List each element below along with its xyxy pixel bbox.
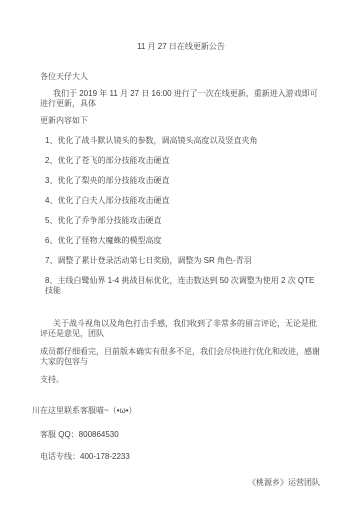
contact-phone-line: 电话专线：400-178-2233 xyxy=(40,452,322,462)
closing-paragraph-line-2: 成员都仔细看完，目前版本确实有很多不足，我们会尽快进行优化和改进，感谢大家的包容… xyxy=(40,347,322,367)
update-item: 7、调整了累计登录活动第七日奖励，调整为 SR 角色-青羽 xyxy=(45,256,322,266)
announcement-page: 11 月 27 日在线更新公告 各位天仔大人 我们于 2019 年 11 月 2… xyxy=(0,0,360,509)
greeting-line: 各位天仔大人 xyxy=(40,72,322,82)
closing-paragraph-line-3: 支持。 xyxy=(40,375,322,385)
page-title: 11 月 27 日在线更新公告 xyxy=(40,42,322,52)
intro-paragraph-line-2: 更新内容如下 xyxy=(40,116,322,126)
update-item: 5、优化了乔争部分技能攻击硬直 xyxy=(45,216,322,226)
contact-hint-line: 川在这里联系客服喵~（•ω•） xyxy=(32,406,322,416)
signature-line: 《桃源乡》运营团队 xyxy=(40,478,322,488)
contact-qq-line: 客服 QQ：800864530 xyxy=(40,430,322,440)
update-item: 8、主线白鹭仙界 1-4 挑战目标优化，连击数达到 50 次调整为使用 2 次 … xyxy=(45,276,322,296)
update-item: 1、优化了战斗默认镜头的参数，调高镜头高度以及竖直夹角 xyxy=(45,136,322,146)
intro-paragraph-line-1: 我们于 2019 年 11 月 27 日 16:00 进行了一次在线更新，重新进… xyxy=(40,89,322,109)
closing-paragraph: 关于战斗视角以及角色打击手感，我们收到了非常多的留言评论，无论是批评还是意见，团… xyxy=(40,319,322,385)
update-item: 4、优化了白夫人部分技能攻击硬直 xyxy=(45,196,322,206)
update-item: 3、优化了梨央的部分技能攻击硬直 xyxy=(45,176,322,186)
update-item: 2、优化了苍飞的部分技能攻击硬直 xyxy=(45,156,322,166)
update-item: 6、优化了怪物大魔蛛的模型高度 xyxy=(45,236,322,246)
closing-paragraph-line-1: 关于战斗视角以及角色打击手感，我们收到了非常多的留言评论，无论是批评还是意见，团… xyxy=(40,319,322,339)
update-item-list: 1、优化了战斗默认镜头的参数，调高镜头高度以及竖直夹角 2、优化了苍飞的部分技能… xyxy=(40,136,322,296)
